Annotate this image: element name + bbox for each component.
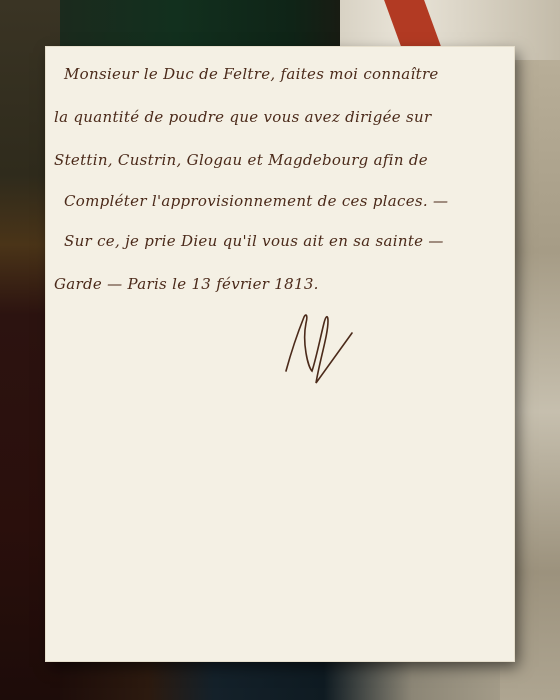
letter-line-1: Monsieur le Duc de Feltre, faites moi co… (64, 65, 439, 83)
letter-line-4: Compléter l'approvisionnement de ces pla… (64, 192, 448, 210)
letter-line-3: Stettin, Custrin, Glogau et Magdebourg a… (54, 151, 428, 169)
letter-line-6: Garde — Paris le 13 février 1813. (54, 275, 319, 293)
letter-line-5: Sur ce, je prie Dieu qu'il vous ait en s… (64, 232, 444, 250)
letter-line-2: la quantité de poudre que vous avez diri… (54, 108, 431, 126)
signature-icon (278, 309, 368, 399)
letter-paper: Monsieur le Duc de Feltre, faites moi co… (46, 47, 514, 661)
